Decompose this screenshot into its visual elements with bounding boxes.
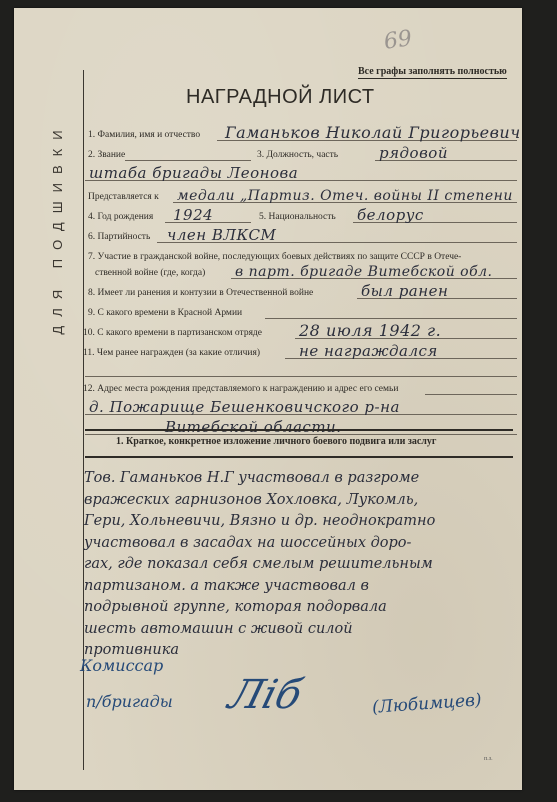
field-presented-for: Представляется к медали „Партиз. Отеч. в… [85, 186, 557, 204]
field-value: в парт. бригаде Витебской обл. [235, 264, 493, 280]
field-label: 6. Партийность [88, 232, 150, 242]
field-label: 7. Участие в гражданской войне, последую… [88, 252, 461, 262]
narrative-line: гах, где показал себя смелым решительным [84, 554, 532, 576]
field-label: 8. Имеет ли ранения и контузии в Отечест… [88, 288, 313, 298]
section-divider-top [85, 429, 513, 431]
section-divider-bottom [85, 456, 513, 458]
binding-label: ДЛЯ ПОДШИВКИ [50, 118, 65, 338]
narrative-text: Тов. Гаманьков Н.Г участвовал в разгроме… [84, 468, 532, 662]
field-label: 11. Чем ранее награжден (за какие отличи… [83, 348, 260, 358]
field-position-cont: штаба бригады Леонова [85, 164, 557, 182]
field-value-line2: Витебской области. [165, 418, 342, 436]
narrative-line: шесть автомашин с живой силой [84, 619, 532, 641]
field-value-birth-year: 1924 [173, 206, 213, 224]
field-address-line1: д. Пожарище Бешенковичского р-на [85, 398, 557, 416]
field-party: 6. Партийность член ВЛКСМ [85, 226, 557, 244]
field-label: 9. С какого времени в Красной Армии [88, 308, 242, 318]
field-value-line1: д. Пожарище Бешенковичского р-на [89, 398, 400, 416]
field-war-participation-cont: ственной войне (где, когда) в парт. бриг… [85, 262, 557, 280]
field-label: 10. С какого времени в партизанском отря… [83, 328, 262, 338]
field-label-cont: ственной войне (где, когда) [95, 268, 205, 278]
signer-role-line2: п/бригады [86, 692, 173, 711]
field-previous-awards: 11. Чем ранее награжден (за какие отличи… [85, 342, 557, 360]
field-label-birth-year: 4. Год рождения [88, 212, 153, 222]
field-label-nationality: 5. Национальность [259, 212, 336, 222]
field-value-position: рядовой [379, 144, 448, 162]
field-address: 12. Адрес места рождения представляемого… [85, 378, 557, 396]
field-value: не награждался [299, 342, 438, 360]
field-label: 12. Адрес места рождения представляемого… [83, 384, 398, 394]
field-wounds: 8. Имеет ли ранения и контузии в Отечест… [85, 282, 557, 300]
print-mark: п.з. [484, 756, 493, 762]
field-address-line2: Витебской области. [85, 418, 557, 436]
field-label: 1. Фамилия, имя и отчество [88, 130, 200, 140]
narrative-line: Тов. Гаманьков Н.Г участвовал в разгроме [84, 468, 532, 490]
field-rank-position: 2. Звание 3. Должность, часть рядовой [85, 144, 557, 162]
page-number: 69 [382, 26, 413, 55]
field-previous-awards-cont [85, 360, 557, 378]
underline [85, 376, 517, 377]
narrative-line: подрывной группе, которая подорвала [84, 597, 532, 619]
underline [425, 394, 517, 395]
field-partisan-since: 10. С какого времени в партизанском отря… [85, 322, 557, 340]
document-title: НАГРАДНОЙ ЛИСТ [186, 86, 375, 109]
field-label-rank: 2. Звание [88, 150, 125, 160]
field-label-position: 3. Должность, часть [257, 150, 338, 160]
field-value-nationality: белорус [357, 206, 424, 224]
narrative-line: участвовал в засадах на шоссейных доро- [84, 533, 532, 555]
field-value: Гаманьков Николай Григорьевич [225, 123, 521, 142]
field-label: Представляется к [88, 192, 159, 202]
field-birth-nationality: 4. Год рождения 1924 5. Национальность б… [85, 206, 557, 224]
narrative-line: партизаном. а также участвовал в [84, 576, 532, 598]
fill-notice: Все графы заполнять полностью [358, 66, 507, 79]
narrative-line: Гери, Хольневичи, Вязно и др. неоднократ… [84, 511, 532, 533]
field-value: был ранен [361, 282, 448, 300]
field-value: 28 июля 1942 г. [299, 321, 441, 340]
signer-role-line1: Комиссар [80, 656, 163, 675]
field-value-position-cont: штаба бригады Леонова [89, 164, 298, 182]
underline [265, 318, 517, 319]
section-heading: 1. Краткое, конкретное изложение личного… [116, 436, 436, 447]
field-value: медали „Партиз. Отеч. войны II степени [177, 188, 513, 204]
signature-mark: Ліб [224, 672, 307, 718]
underline [125, 160, 251, 161]
narrative-line: вражеских гарнизонов Хохловка, Лукомль, [84, 490, 532, 512]
field-red-army-since: 9. С какого времени в Красной Армии [85, 302, 557, 320]
field-value: член ВЛКСМ [167, 226, 276, 244]
field-full-name: 1. Фамилия, имя и отчество Гаманьков Ник… [85, 124, 557, 142]
